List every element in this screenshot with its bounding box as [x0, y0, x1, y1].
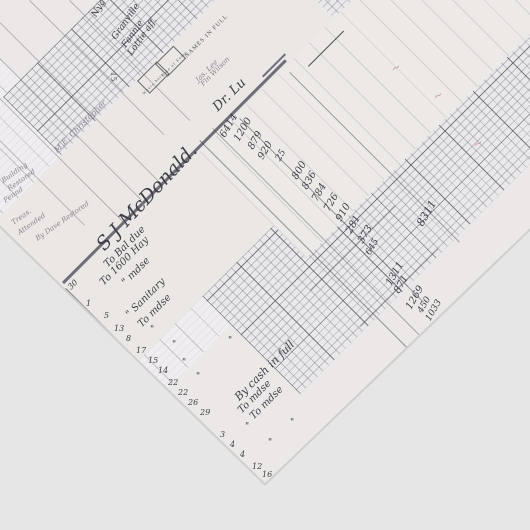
ditto-mark: " — [245, 422, 249, 432]
product-photo-scene: NAMES IN FULL Where born Date of Entry 1… — [0, 0, 530, 530]
page-number: 15 — [109, 72, 118, 82]
entry-date: 5 — [104, 311, 109, 320]
entry-date: 26 — [188, 398, 198, 407]
ditto-mark: " — [228, 336, 232, 346]
ditto-mark: " — [182, 358, 186, 368]
entry-date: 8 — [126, 334, 131, 343]
entry-date: 12 — [252, 462, 262, 471]
scrapbook-paper-sheet: NAMES IN FULL Where born Date of Entry 1… — [0, 0, 530, 530]
entry-date: 13 — [114, 324, 124, 333]
entry-date: 22 — [178, 388, 188, 397]
ditto-mark: " — [150, 325, 154, 335]
entry-date: 1 — [86, 299, 91, 308]
entry-date: 4 — [240, 450, 245, 459]
ditto-mark: " — [172, 340, 176, 350]
ditto-mark: " — [290, 418, 294, 428]
ditto-mark: " — [196, 372, 200, 382]
entry-date: 14 — [158, 366, 168, 375]
entry-date: 4 — [230, 440, 235, 449]
ditto-mark: " — [268, 438, 272, 448]
entry-date: 17 — [136, 346, 146, 355]
entry-date: 15 — [148, 356, 158, 365]
entry-date: 29 — [200, 408, 210, 417]
entry-date: 22 — [168, 378, 178, 387]
entry-date: 3 — [220, 430, 225, 439]
